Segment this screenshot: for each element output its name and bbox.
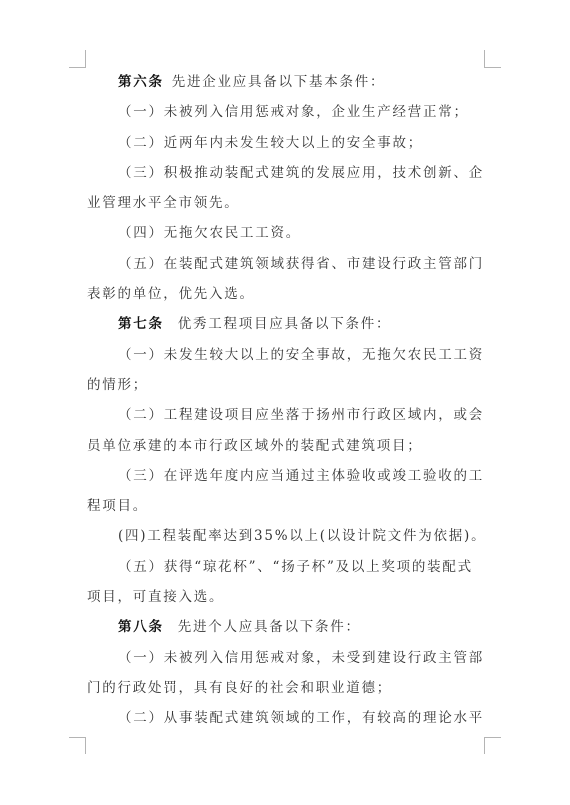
- paragraph-line: 程项目。: [87, 491, 484, 521]
- paragraph-line: 项目，可直接入选。: [87, 582, 484, 612]
- line-text: 业管理水平全市领先。: [87, 195, 240, 211]
- line-text: 员单位承建的本市行政区域外的装配式建筑项目；: [87, 438, 423, 454]
- paragraph-line: （五）获得“琼花杯”、“扬子杯”及以上奖项的装配式: [87, 552, 484, 582]
- corner-mark-bottom-left-v: [85, 737, 86, 754]
- paragraph-line: （二）近两年内未发生较大以上的安全事故；: [87, 128, 484, 158]
- line-text: 项目，可直接入选。: [87, 589, 224, 605]
- corner-mark-top-right-v: [484, 50, 485, 67]
- paragraph-line: （一）未发生较大以上的安全事故，无拖欠农民工工资: [87, 340, 484, 370]
- line-text: 程项目。: [87, 498, 148, 514]
- paragraph-line: （三）在评选年度内应当通过主体验收或竣工验收的工: [87, 461, 484, 491]
- line-text: （三）积极推动装配式建筑的发展应用，技术创新、企: [118, 165, 484, 181]
- line-text: 先进个人应具备以下条件：: [172, 619, 361, 635]
- line-text: 优秀工程项目应具备以下条件：: [172, 316, 392, 332]
- document-body: 第六条先进企业应具备以下基本条件：（一）未被列入信用惩戒对象，企业生产经营正常；…: [87, 67, 484, 734]
- paragraph-line: （一）未被列入信用惩戒对象，未受到建设行政主管部: [87, 643, 484, 673]
- paragraph-line: 的情形；: [87, 370, 484, 400]
- corner-mark-bottom-left-h: [69, 737, 86, 738]
- paragraph-line: (四)工程装配率达到35%以上(以设计院文件为依据)。: [87, 521, 484, 551]
- line-text: 表彰的单位，优先入选。: [87, 286, 255, 302]
- line-text: （一）未发生较大以上的安全事故，无拖欠农民工工资: [118, 347, 484, 363]
- document-page: 第六条先进企业应具备以下基本条件：（一）未被列入信用惩戒对象，企业生产经营正常；…: [0, 0, 570, 805]
- paragraph-line: 业管理水平全市领先。: [87, 188, 484, 218]
- paragraph-line: （二）从事装配式建筑领域的工作，有较高的理论水平: [87, 703, 484, 733]
- corner-mark-bottom-right-h: [484, 737, 501, 738]
- line-text: （一）未被列入信用惩戒对象，企业生产经营正常；: [118, 104, 469, 120]
- paragraph-line: （四）无拖欠农民工工资。: [87, 218, 484, 248]
- line-text: （三）在评选年度内应当通过主体验收或竣工验收的工: [118, 468, 484, 484]
- paragraph-line: 门的行政处罚，具有良好的社会和职业道德；: [87, 673, 484, 703]
- paragraph-line: （三）积极推动装配式建筑的发展应用，技术创新、企: [87, 158, 484, 188]
- article-heading-line: 第六条先进企业应具备以下基本条件：: [87, 67, 484, 97]
- line-text: （五）在装配式建筑领域获得省、市建设行政主管部门: [118, 256, 484, 272]
- line-text: （五）获得“琼花杯”、“扬子杯”及以上奖项的装配式: [118, 559, 473, 575]
- article-heading-line: 第七条 优秀工程项目应具备以下条件：: [87, 309, 484, 339]
- paragraph-line: （五）在装配式建筑领域获得省、市建设行政主管部门: [87, 249, 484, 279]
- corner-mark-top-left-h: [69, 67, 86, 68]
- paragraph-line: 员单位承建的本市行政区域外的装配式建筑项目；: [87, 431, 484, 461]
- article-number: 第八条: [118, 619, 164, 635]
- line-text: （四）无拖欠农民工工资。: [118, 225, 301, 241]
- article-number: 第七条: [118, 316, 164, 332]
- line-text: （二）工程建设项目应坐落于扬州市行政区域内，或会: [118, 407, 484, 423]
- line-text: 先进企业应具备以下基本条件：: [172, 74, 386, 90]
- line-text: 门的行政处罚，具有良好的社会和职业道德；: [87, 680, 392, 696]
- article-number: 第六条: [118, 74, 164, 90]
- line-text: 的情形；: [87, 377, 148, 393]
- corner-mark-top-right-h: [484, 67, 501, 68]
- corner-mark-top-left-v: [85, 50, 86, 67]
- paragraph-line: 表彰的单位，优先入选。: [87, 279, 484, 309]
- line-text: （二）近两年内未发生较大以上的安全事故；: [118, 135, 423, 151]
- line-text: （二）从事装配式建筑领域的工作，有较高的理论水平: [118, 710, 484, 726]
- paragraph-line: （二）工程建设项目应坐落于扬州市行政区域内，或会: [87, 400, 484, 430]
- line-text: (四)工程装配率达到35%以上(以设计院文件为依据)。: [118, 528, 486, 544]
- line-text: （一）未被列入信用惩戒对象，未受到建设行政主管部: [118, 650, 484, 666]
- article-heading-line: 第八条 先进个人应具备以下条件：: [87, 612, 484, 642]
- paragraph-line: （一）未被列入信用惩戒对象，企业生产经营正常；: [87, 97, 484, 127]
- corner-mark-bottom-right-v: [484, 737, 485, 754]
